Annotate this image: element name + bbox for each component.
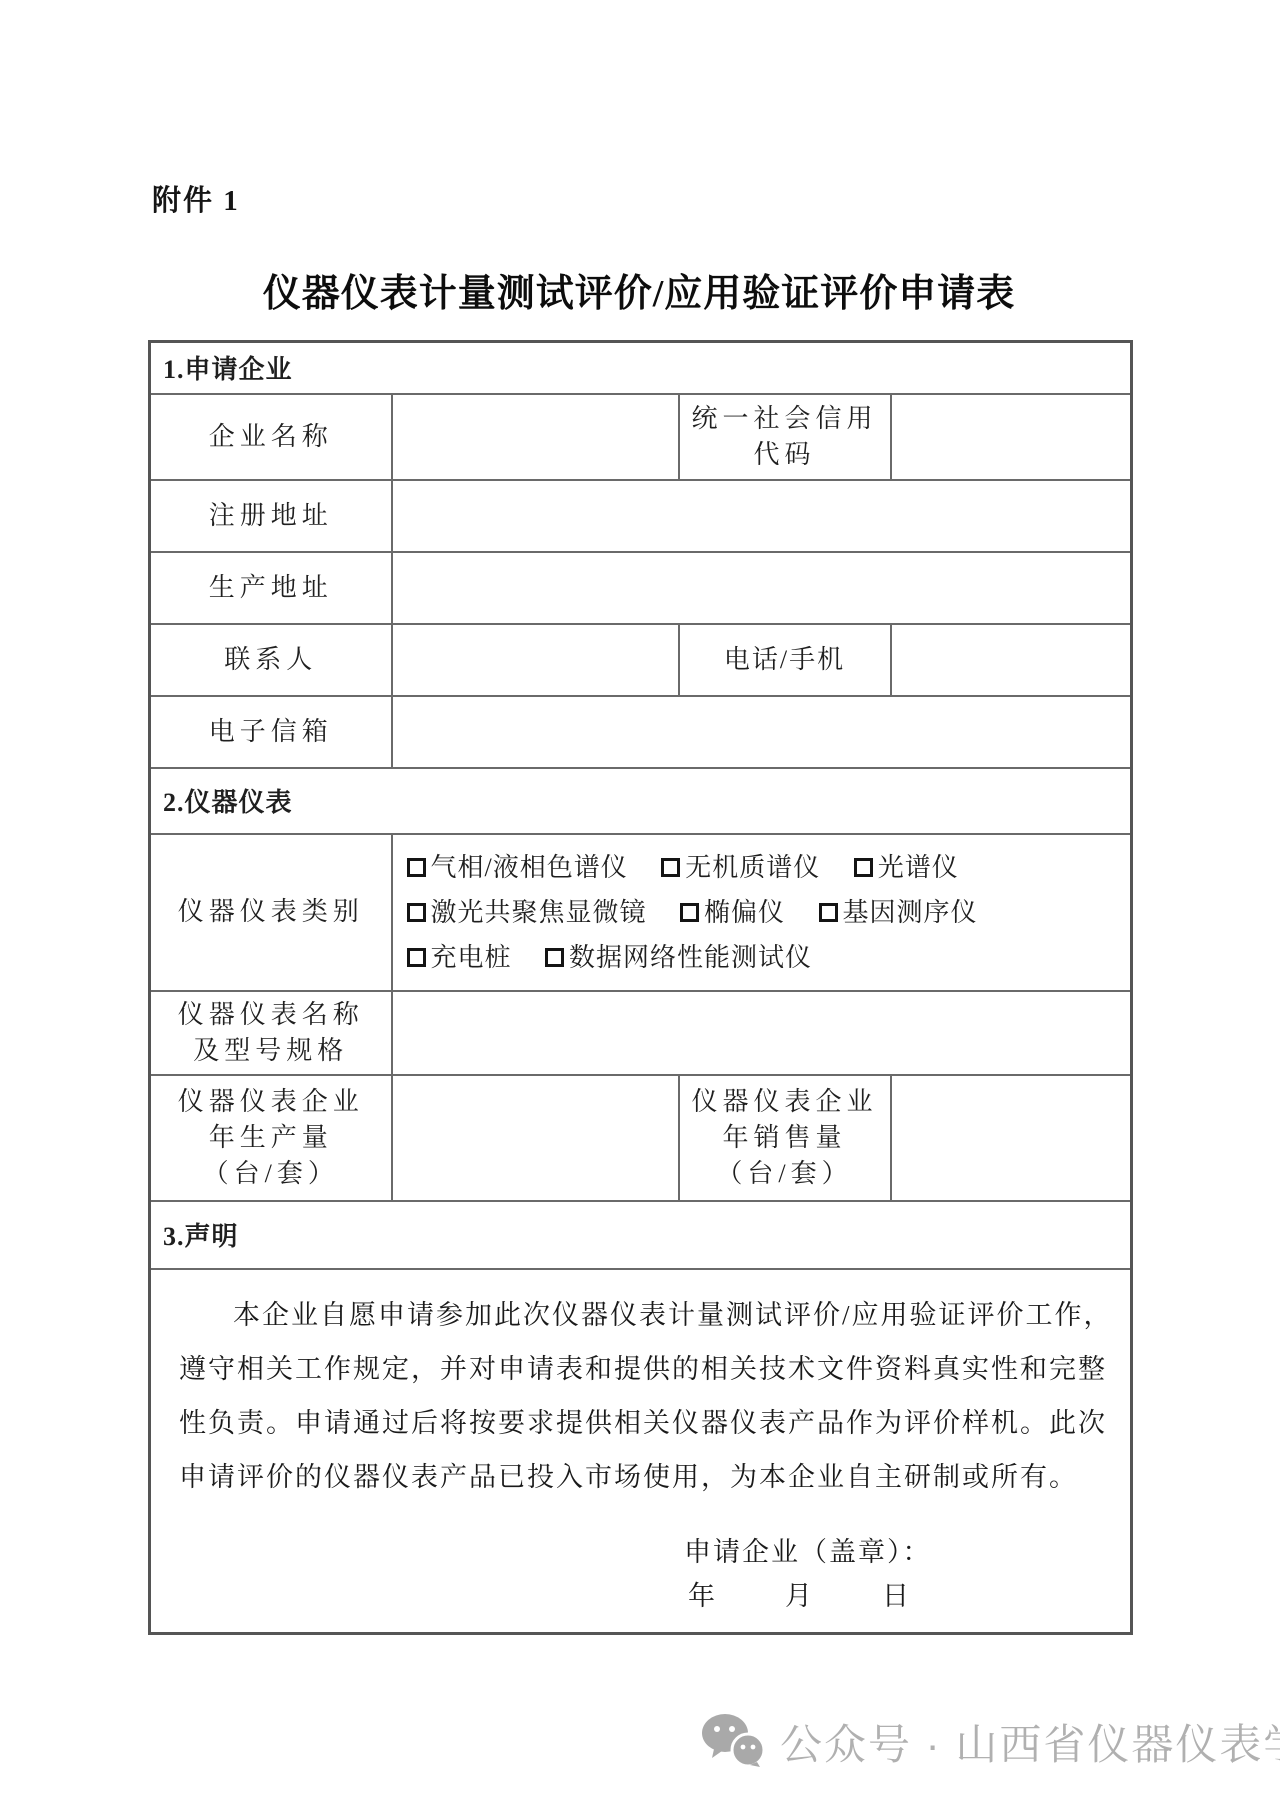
- date-day-label: 日: [882, 1581, 909, 1611]
- category-option-label: 无机质谱仪: [685, 853, 820, 882]
- date-month-label: 月: [785, 1581, 812, 1611]
- credit-code-label: 统一社会信用 代码: [679, 394, 891, 480]
- application-form-table: 1.申请企业 企业名称 统一社会信用 代码 注册地址 生产地址 联系人 电话/手…: [148, 340, 1133, 1635]
- category-option-label: 数据网络性能测试仪: [569, 943, 812, 972]
- annual-production-label: 仪器仪表企业 年生产量 （台/套）: [150, 1075, 392, 1201]
- contact-value: [392, 624, 679, 696]
- attachment-label: 附件 1: [152, 178, 240, 219]
- category-option-confocal-microscope: 激光共聚焦显微镜: [407, 890, 647, 935]
- checkbox-icon: [854, 858, 873, 877]
- declaration-line: 本企业自愿申请参加此次仪器仪表计量测试评价/应用验证评价工作，: [179, 1288, 1102, 1342]
- signature-block: 申请企业（盖章）： 年月日: [684, 1530, 1102, 1618]
- name-model-label-line1: 仪器仪表名称: [157, 997, 385, 1033]
- annual-production-line2: 年生产量: [157, 1120, 385, 1156]
- section1-heading: 1.申请企业: [150, 342, 1132, 394]
- credit-code-value: [891, 394, 1132, 480]
- annual-production-value: [392, 1075, 679, 1201]
- declaration-line: 性负责。申请通过后将按要求提供相关仪器仪表产品作为评价样机。此次: [179, 1396, 1102, 1450]
- declaration-line: 遵守相关工作规定，并对申请表和提供的相关技术文件资料真实性和完整: [179, 1342, 1102, 1396]
- annual-sales-value: [891, 1075, 1132, 1201]
- phone-value: [891, 624, 1132, 696]
- section2-heading: 2.仪器仪表: [150, 768, 1132, 834]
- checkbox-icon: [545, 948, 564, 967]
- declaration-line: 申请评价的仪器仪表产品已投入市场使用，为本企业自主研制或所有。: [179, 1450, 1102, 1504]
- stamp-label: 申请企业（盖章）：: [684, 1530, 1102, 1574]
- category-options-line2: 激光共聚焦显微镜 椭偏仪 基因测序仪: [407, 890, 1125, 935]
- page-title: 仪器仪表计量测试评价/应用验证评价申请表: [148, 262, 1130, 317]
- category-option-gc-lc: 气相/液相色谱仪: [407, 845, 628, 890]
- category-options-line1: 气相/液相色谱仪 无机质谱仪 光谱仪: [407, 845, 1125, 890]
- wechat-watermark: 公众号 · 山西省仪器仪表学会: [700, 1712, 1280, 1772]
- watermark-text: 公众号 · 山西省仪器仪表学会: [780, 1712, 1280, 1772]
- checkbox-icon: [661, 858, 680, 877]
- annual-production-line1: 仪器仪表企业: [157, 1084, 385, 1120]
- name-model-label: 仪器仪表名称 及型号规格: [150, 991, 392, 1075]
- registered-address-value: [392, 480, 1132, 552]
- category-option-label: 激光共聚焦显微镜: [431, 898, 647, 927]
- category-options-line3: 充电桩 数据网络性能测试仪: [407, 935, 1125, 980]
- category-option-label: 光谱仪: [878, 853, 959, 882]
- category-option-gene-sequencer: 基因测序仪: [819, 890, 978, 935]
- credit-code-label-line1: 统一社会信用: [686, 401, 884, 437]
- production-address-value: [392, 552, 1132, 624]
- category-option-label: 气相/液相色谱仪: [431, 853, 628, 882]
- category-option-charging-pile: 充电桩: [407, 935, 512, 980]
- category-option-ellipsometer: 椭偏仪: [680, 890, 785, 935]
- credit-code-label-line2: 代码: [686, 437, 884, 473]
- declaration-cell: 本企业自愿申请参加此次仪器仪表计量测试评价/应用验证评价工作， 遵守相关工作规定…: [150, 1269, 1132, 1634]
- wechat-icon: [700, 1713, 766, 1772]
- date-year-label: 年: [688, 1581, 715, 1611]
- category-label: 仪器仪表类别: [150, 834, 392, 991]
- phone-label: 电话/手机: [679, 624, 891, 696]
- name-model-value: [392, 991, 1132, 1075]
- contact-label: 联系人: [150, 624, 392, 696]
- category-option-label: 椭偏仪: [704, 898, 785, 927]
- category-option-network-tester: 数据网络性能测试仪: [545, 935, 812, 980]
- checkbox-icon: [819, 903, 838, 922]
- category-option-spectrometer: 光谱仪: [854, 845, 959, 890]
- category-option-label: 充电桩: [431, 943, 512, 972]
- checkbox-icon: [407, 948, 426, 967]
- name-model-label-line2: 及型号规格: [157, 1033, 385, 1069]
- annual-sales-line2: 年销售量: [686, 1120, 884, 1156]
- category-option-label: 基因测序仪: [843, 898, 978, 927]
- email-label: 电子信箱: [150, 696, 392, 768]
- company-name-label: 企业名称: [150, 394, 392, 480]
- category-options-cell: 气相/液相色谱仪 无机质谱仪 光谱仪 激光共聚焦显微镜 椭偏仪 基因测序仪 充电…: [392, 834, 1132, 991]
- checkbox-icon: [407, 903, 426, 922]
- annual-sales-line3: （台/套）: [686, 1156, 884, 1192]
- checkbox-icon: [680, 903, 699, 922]
- company-name-value: [392, 394, 679, 480]
- email-value: [392, 696, 1132, 768]
- category-option-inorganic-ms: 无机质谱仪: [661, 845, 820, 890]
- section3-heading: 3.声明: [150, 1201, 1132, 1269]
- annual-production-line3: （台/套）: [157, 1156, 385, 1192]
- date-line: 年月日: [684, 1574, 1102, 1618]
- production-address-label: 生产地址: [150, 552, 392, 624]
- checkbox-icon: [407, 858, 426, 877]
- annual-sales-label: 仪器仪表企业 年销售量 （台/套）: [679, 1075, 891, 1201]
- annual-sales-line1: 仪器仪表企业: [686, 1084, 884, 1120]
- registered-address-label: 注册地址: [150, 480, 392, 552]
